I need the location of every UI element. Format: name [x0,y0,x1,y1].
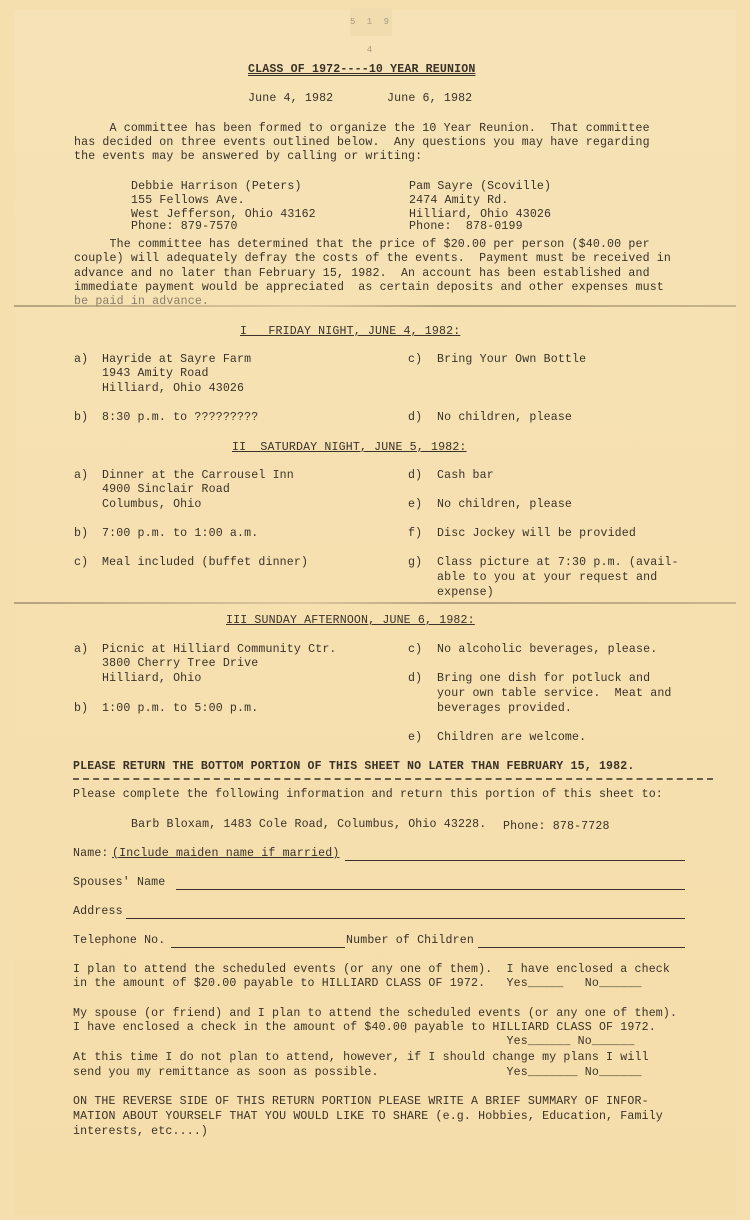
fold-line [14,305,736,307]
tear-line [73,778,713,780]
address-input-line[interactable] [126,905,685,919]
event-heading: III SUNDAY AFTERNOON, JUNE 6, 1982: [226,614,475,629]
telephone-input-line[interactable] [171,934,345,948]
stamp-mark: 5 1 9 4 [350,8,392,36]
address-label: Address [73,905,123,920]
spouse-label: Spouses' Name [73,876,165,891]
form-instruction: Please complete the following informatio… [73,788,663,803]
spouse-input-line[interactable] [176,876,685,890]
name-input-line[interactable] [345,847,685,861]
document-title: CLASS OF 1972----10 YEAR REUNION [248,63,475,78]
date-start: June 4, 1982 [248,92,333,107]
name-label: Name: [73,847,109,862]
children-label: Number of Children [346,934,474,949]
telephone-label: Telephone No. [73,934,165,949]
date-end: June 6, 1982 [387,92,472,107]
event-heading: I FRIDAY NIGHT, JUNE 4, 1982: [240,325,460,340]
return-notice: PLEASE RETURN THE BOTTOM PORTION OF THIS… [73,760,634,775]
fold-line [14,602,736,604]
return-address: Barb Bloxam, 1483 Cole Road, Columbus, O… [131,818,486,833]
name-hint: (Include maiden name if married) [112,847,339,862]
event-heading: II SATURDAY NIGHT, JUNE 5, 1982: [232,441,467,456]
return-phone: Phone: 878-7728 [503,820,610,835]
children-input-line[interactable] [478,934,685,948]
